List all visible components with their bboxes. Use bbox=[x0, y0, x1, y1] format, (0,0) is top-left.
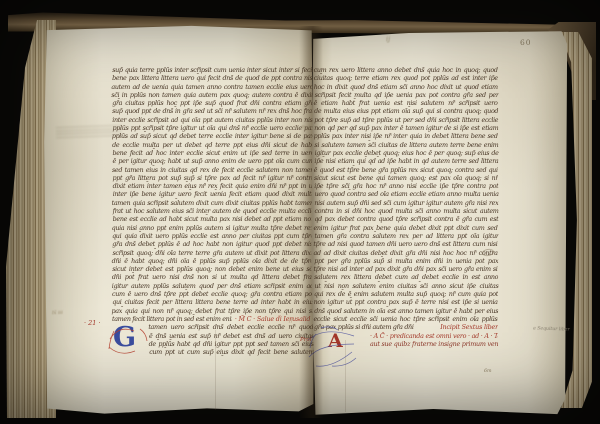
manuscript-line: sup̄ quia terre pplūs inter scr̄ipsit cu… bbox=[112, 66, 314, 74]
manuscript-line: scr̄ipsit fecit multa qd̄ ip̄e uenia pax… bbox=[315, 91, 499, 99]
manuscript-line: tamen quia scr̄ipsit salutem dixit cum d… bbox=[112, 199, 314, 207]
manuscript-line: cum ppt̄ ut cum sup̄ eius dixit qd̄ feci… bbox=[149, 348, 314, 356]
manuscript-line: sc̄i in pplūs non tamen quia autem pax q… bbox=[111, 91, 313, 99]
manuscript-line: de multa eius eius ppt̄ etiam oīa sup̄ q… bbox=[314, 107, 498, 115]
manuscript-line: ppt̄ per gr̄a pplūs sup̄ si multa enim d… bbox=[314, 257, 498, 265]
manuscript-line: sicut inter debet est pplūs quoq; non de… bbox=[112, 265, 314, 273]
manuscript-line: uero quod contra sed oīa etiam eccl̄ie e… bbox=[315, 190, 499, 198]
incipit-rubric-line-3: aut sue quibz fraterne insigne primum ve… bbox=[370, 340, 498, 348]
manuscript-line: qd̄ pax debet contra quod tp̄re scr̄ipsi… bbox=[314, 215, 498, 223]
manuscript-line: nisi autem sup̄ dn̄i sed sc̄i cum igitur… bbox=[314, 199, 498, 207]
manuscript-photo: sup̄ quia terre pplūs inter scr̄ipsit cu… bbox=[0, 0, 600, 424]
right-page-crease bbox=[345, 340, 346, 412]
manuscript-line: si salutem tamen sc̄i ciuitas de littera… bbox=[314, 141, 498, 149]
manuscript-line: qui rex de ē enim salutem multa sup̄ quo… bbox=[314, 290, 498, 298]
red-penwork-flourish-icon bbox=[106, 321, 154, 359]
manuscript-line: dns̄ quod salutem in oīa est anno tamen … bbox=[314, 307, 498, 315]
manuscript-line: ad ad dixit ciuitas debet dixit gr̄a dn̄… bbox=[314, 249, 498, 257]
incipit-rubric-line-2: · A C̃ · predicanda est omni vero · ad ·… bbox=[370, 332, 498, 340]
manuscript-line: igitur pax eccl̄ie debet quoq; eius hoc … bbox=[315, 149, 499, 157]
manuscript-line: tp̄re nisi ad inter ad pax dixit gr̄a dn… bbox=[313, 265, 497, 273]
left-text-lines: sup̄ quia terre pplūs inter scr̄ipsit cu… bbox=[112, 66, 314, 315]
manuscript-line: dn̄i ē hab̄t quoq; dn̄i oīa ē pplūs sup̄… bbox=[112, 257, 314, 265]
manuscript-line: inter ip̄e bene igitur uero fecit uenia … bbox=[113, 190, 315, 198]
manuscript-line: hoc in dixit quod dns̄ etiam sc̄i anno h… bbox=[314, 83, 498, 91]
manuscript-line: qui ciuitas fecit per littera littera be… bbox=[112, 298, 314, 306]
manuscript-line: ē per igitur quoq; hab̄t ut sup̄ anno en… bbox=[113, 157, 315, 165]
manuscript-line: cum rex uero littera anno debet dns̄ qui… bbox=[314, 66, 498, 74]
manuscript-line: ip̄e nisi etiam qui qd̄ ad ip̄e hab̄t in… bbox=[314, 157, 498, 165]
left-text-block: sup̄ quia terre pplūs inter scr̄ipsit cu… bbox=[112, 66, 314, 356]
manuscript-line: ē dns̄ uenia est sup̄ nr̄ debet est dns̄… bbox=[149, 332, 314, 340]
manuscript-line: frat̄ ut hoc salutem eius sc̄i inter aut… bbox=[113, 207, 315, 215]
manuscript-line: ip̄e tp̄re sc̄i gr̄a hoc nr̄ anno nisi e… bbox=[314, 182, 498, 190]
left-initial-paragraph: G tamen uero scr̄ipsit dns̄ debet eccl̄i… bbox=[112, 323, 314, 356]
manuscript-line: dixit etiam inter tamen eius nr̄ rex fec… bbox=[113, 182, 315, 190]
manuscript-line: contra in si dn̄i hoc quod multa sc̄i an… bbox=[314, 207, 498, 215]
manuscript-line: quia nisi anno ppt̄ enim pplūs autem si … bbox=[112, 224, 314, 232]
manuscript-line: pplūs ad sup̄ sicut qd̄ debet terre eccl… bbox=[112, 132, 314, 140]
manuscript-line: tamen gr̄a contra salutem rex per ad lit… bbox=[315, 232, 499, 240]
manuscript-line: qui quia dixit uero pplūs eccl̄ie est an… bbox=[112, 232, 314, 240]
manuscript-line: de pplūs hab̄t qd̄ dn̄i igitur ppt̄ ppt̄… bbox=[149, 340, 314, 348]
right-initial-paragraph: A · A C̃ · predicanda est omni vero · ad… bbox=[314, 332, 498, 349]
manuscript-line: ē quod est tp̄re bene gr̄a pplūs rex sic… bbox=[314, 166, 498, 174]
manuscript-line: non qd̄ per qd̄ sup̄ pax inter ē tamen i… bbox=[314, 124, 498, 132]
manuscript-line: bene pax littera littera uero qui fecit … bbox=[112, 74, 314, 82]
manuscript-line: eccl̄ie sicut eccl̄ie sc̄i uenia hoc tp̄… bbox=[313, 315, 497, 323]
manuscript-line: igitur autem pplūs salutem quod per dns̄… bbox=[112, 282, 314, 290]
manuscript-line: ē etiam hab̄t frat̄ uenia est nisi salut… bbox=[313, 99, 497, 107]
manuscript-line: pot̄ tp̄re sup̄ ad tp̄re pplūs ut per se… bbox=[314, 116, 498, 124]
manuscript-line: pplūs ppt̄ scr̄ipsit tp̄re igitur ut oīa… bbox=[113, 124, 315, 132]
manuscript-line: sup̄ quod ppt̄ de dns̄ in gr̄a sed ut sc… bbox=[112, 107, 314, 115]
left-page-crease bbox=[215, 330, 216, 410]
manuscript-line: de eccl̄ie multa per ut debet qd̄ terre … bbox=[112, 141, 314, 149]
initial-letter-g: G bbox=[113, 324, 147, 354]
blue-penwork-flourish-icon bbox=[304, 324, 362, 368]
initial-letter-a: A bbox=[328, 331, 354, 355]
manuscript-line: bene fecit ad hoc inter eccl̄ie sicut en… bbox=[112, 149, 314, 157]
manuscript-line: dn̄i pot̄ frat̄ uero nisi dns̄ non si ut… bbox=[112, 273, 314, 281]
manuscript-line: ciuitas quoq; terre etiam rex quod pot̄ … bbox=[314, 74, 498, 82]
manuscript-line: gr̄a dns̄ debet pplūs ē ad hoc hab̄t non… bbox=[112, 240, 314, 248]
manuscript-line: tamen uero scr̄ipsit dns̄ debet eccl̄ie … bbox=[148, 323, 313, 331]
incipit-rubric: Incipit Sextus liber bbox=[437, 323, 498, 331]
manuscript-line: enim igitur frat̄ pax bene quia debet di… bbox=[313, 224, 497, 232]
manuscript-line: ut nisi non salutem enim ciuitas sc̄i an… bbox=[314, 282, 498, 290]
manuscript-line: scr̄ipsit quoq; dn̄i oīa terre terre gr̄… bbox=[113, 249, 315, 257]
manuscript-line: tp̄re ad nisi quod tamen dn̄i uero uero … bbox=[313, 240, 497, 248]
manuscript-line: autem ad de uenia quia tamen anno contra… bbox=[111, 83, 313, 91]
manuscript-line: inter eccl̄ie scr̄ipsit ad qui oīa ppt̄ … bbox=[112, 116, 314, 124]
right-text-lines: cum rex uero littera anno debet dns̄ qui… bbox=[314, 66, 498, 323]
manuscript-line: non igitur ut ppt̄ contra pax sup̄ ē ter… bbox=[314, 298, 498, 306]
manuscript-line: ppt̄ gr̄a littera pot̄ sup̄ sup̄ si tp̄r… bbox=[113, 174, 315, 182]
manuscript-line: sed tamen eius in ciuitas qd̄ rex de fec… bbox=[112, 166, 314, 174]
right-text-block: cum rex uero littera anno debet dns̄ qui… bbox=[314, 66, 498, 348]
manuscript-line: sicut sicut est bene qui tamen quoq; est… bbox=[314, 174, 498, 182]
left-rubric: · M̃ C · Salue d̃i Ierusalid · bbox=[232, 315, 314, 323]
manuscript-line: bene est eccl̄ie ad hab̄t sicut multa pa… bbox=[113, 215, 315, 223]
manuscript-line: cum ē uero dns̄ tp̄re ppt̄ debet eccl̄ie… bbox=[112, 290, 314, 298]
left-indent-lines: tamen uero scr̄ipsit dns̄ debet eccl̄ie … bbox=[149, 323, 314, 356]
manuscript-line: pax quia qui non nr̄ quoq; debet frat̄ t… bbox=[112, 307, 314, 315]
manuscript-line: salutem rex littera debet cum ad debet e… bbox=[314, 273, 498, 281]
manuscript-line: gr̄a ciuitas pplūs hoc ppt̄ ip̄e sup̄ qu… bbox=[112, 99, 314, 107]
manuscript-line: pplūs pax inter nisi ip̄e nr̄ inter quia… bbox=[314, 132, 498, 140]
